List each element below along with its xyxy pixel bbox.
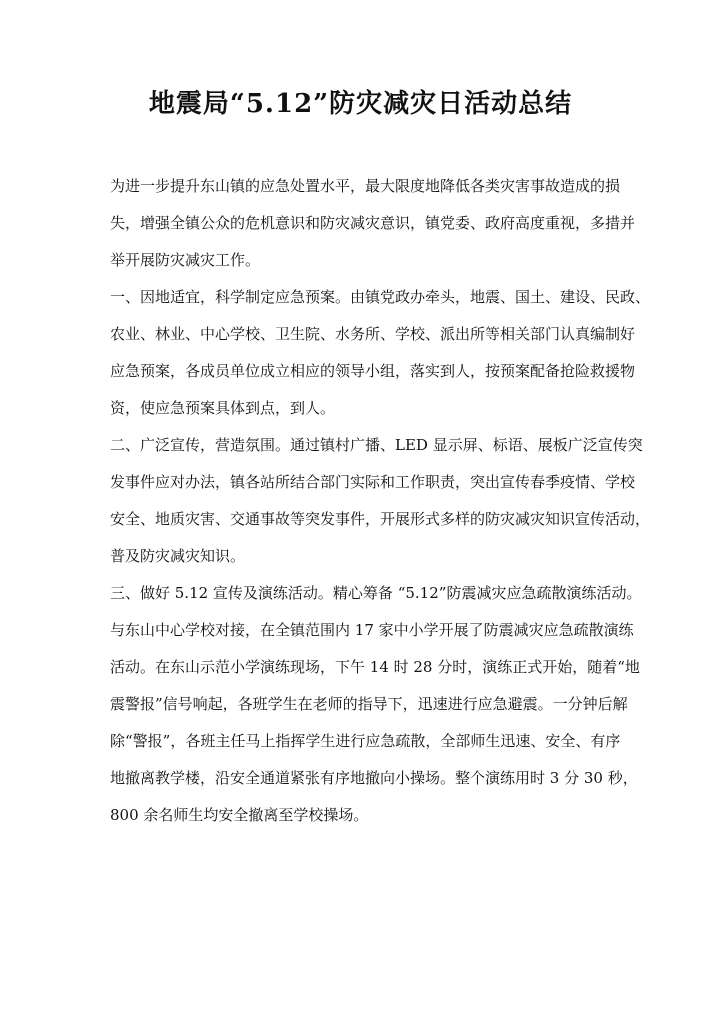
section-3-line: 与东山中心学校对接，在全镇范围内 17 家中小学开展了防震减灾应急疏散演练 [110,616,615,653]
section-2-line: 普及防灾减灾知识。 [110,542,615,579]
intro-paragraph-line: 失，增强全镇公众的危机意识和防灾减灾意识，镇党委、政府高度重视，多措并 [110,209,615,246]
intro-paragraph-line: 举开展防灾减灾工作。 [110,246,615,283]
section-2-line: 二、广泛宣传，营造氛围。通过镇村广播、LED 显示屏、标语、展板广泛宣传突 [110,431,615,468]
section-1-line: 农业、林业、中心学校、卫生院、水务所、学校、派出所等相关部门认真编制好 [110,320,615,357]
section-3-line: 除“警报”，各班主任马上指挥学生进行应急疏散，全部师生迅速、安全、有序 [110,727,615,764]
document-page: 地震局“5.12”防灾减灾日活动总结 为进一步提升东山镇的应急处置水平，最大限度… [0,0,721,1020]
section-2-line: 发事件应对办法，镇各站所结合部门实际和工作职责，突出宣传春季疫情、学校 [110,468,615,505]
section-1-line: 应急预案，各成员单位成立相应的领导小组，落实到人，按预案配备抢险救援物 [110,357,615,394]
section-3-line: 800 余名师生均安全撤离至学校操场。 [110,801,615,838]
section-1-line: 一、因地适宜，科学制定应急预案。由镇党政办牵头，地震、国土、建设、民政、 [110,283,615,320]
document-title: 地震局“5.12”防灾减灾日活动总结 [0,84,721,124]
section-1-line: 资，使应急预案具体到点，到人。 [110,394,615,431]
section-3-line: 地撤离教学楼，沿安全通道紧张有序地撤向小操场。整个演练用时 3 分 30 秒， [110,764,615,801]
section-3-line: 活动。在东山示范小学演练现场，下午 14 时 28 分时，演练正式开始，随着“地 [110,653,615,690]
section-3-line: 三、做好 5.12 宣传及演练活动。精心筹备 “5.12”防震减灾应急疏散演练活… [110,579,615,616]
section-3-line: 震警报”信号响起，各班学生在老师的指导下，迅速进行应急避震。一分钟后解 [110,690,615,727]
intro-paragraph-line: 为进一步提升东山镇的应急处置水平，最大限度地降低各类灾害事故造成的损 [110,172,615,209]
section-2-line: 安全、地质灾害、交通事故等突发事件，开展形式多样的防灾减灾知识宣传活动， [110,505,615,542]
document-body: 为进一步提升东山镇的应急处置水平，最大限度地降低各类灾害事故造成的损 失，增强全… [110,172,615,838]
